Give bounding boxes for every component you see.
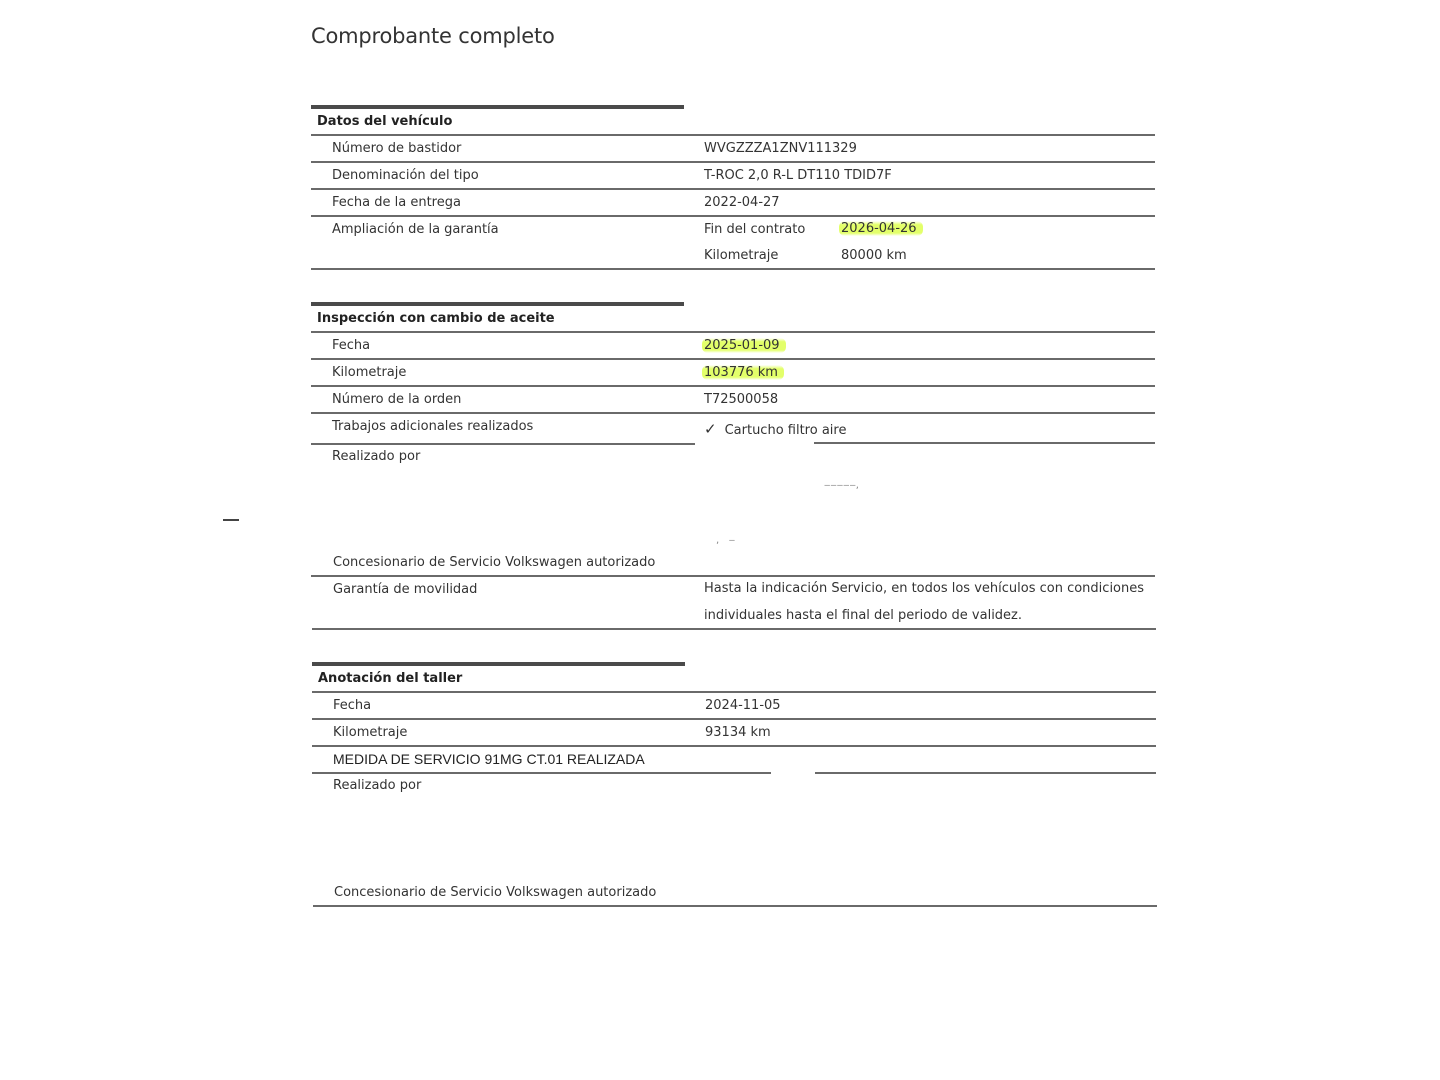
delivery-date-label: Fecha de la entrega — [332, 195, 461, 210]
workshop-mileage-value: 93134 km — [705, 725, 771, 740]
row-divider — [312, 745, 1156, 747]
row-divider — [312, 628, 1156, 630]
row-divider — [814, 442, 1155, 444]
row-divider — [311, 134, 1155, 136]
mobility-guarantee-label: Garantía de movilidad — [333, 582, 477, 597]
additional-work-item: ✓Cartucho filtro aire — [704, 420, 846, 438]
page-title: Comprobante completo — [311, 24, 555, 48]
row-divider — [312, 691, 1156, 693]
performed-by-label: Realizado por — [332, 449, 420, 464]
scan-artifact: ‒‒‒‒‒, — [824, 480, 859, 491]
vin-label: Número de bastidor — [332, 141, 461, 156]
type-label: Denominación del tipo — [332, 168, 479, 183]
row-divider — [311, 443, 695, 445]
order-number-value: T72500058 — [704, 392, 778, 407]
additional-work-label: Trabajos adicionales realizados — [332, 419, 533, 434]
row-divider — [312, 772, 771, 774]
dealer-label: Concesionario de Servicio Volkswagen aut… — [333, 555, 655, 570]
inspection-mileage-value: 103776 km — [704, 365, 784, 380]
warranty-mileage-value: 80000 km — [841, 248, 907, 263]
section-heading: Datos del vehículo — [317, 114, 452, 129]
delivery-date-value: 2022-04-27 — [704, 195, 780, 210]
row-divider — [313, 905, 1157, 907]
vin-value: WVGZZZA1ZNV111329 — [704, 141, 857, 156]
row-divider — [311, 215, 1155, 217]
workshop-performed-by-label: Realizado por — [333, 778, 421, 793]
checkmark-icon: ✓ — [704, 420, 717, 438]
order-number-label: Número de la orden — [332, 392, 461, 407]
scan-artifact: , ‒ — [716, 535, 735, 546]
workshop-mileage-label: Kilometraje — [333, 725, 407, 740]
mobility-guarantee-value-line2: individuales hasta el final del periodo … — [704, 608, 1022, 623]
mobility-guarantee-value-line1: Hasta la indicación Servicio, en todos l… — [704, 581, 1144, 596]
section-rule — [311, 105, 684, 109]
inspection-date-label: Fecha — [332, 338, 370, 353]
section-rule — [311, 302, 684, 306]
row-divider — [311, 575, 1155, 577]
inspection-date-value: 2025-01-09 — [704, 338, 786, 353]
workshop-date-value: 2024-11-05 — [705, 698, 781, 713]
row-divider — [311, 161, 1155, 163]
row-divider — [311, 358, 1155, 360]
warranty-extension-label: Ampliación de la garantía — [332, 222, 499, 237]
row-divider — [311, 268, 1155, 270]
row-divider — [311, 412, 1155, 414]
row-divider — [815, 772, 1156, 774]
row-divider — [311, 385, 1155, 387]
type-value: T-ROC 2,0 R-L DT110 TDID7F — [704, 168, 892, 183]
section-heading: Inspección con cambio de aceite — [317, 311, 555, 326]
inspection-mileage-label: Kilometraje — [332, 365, 406, 380]
section-heading: Anotación del taller — [318, 671, 462, 686]
contract-end-label: Fin del contrato — [704, 222, 805, 237]
margin-mark — [223, 519, 239, 521]
workshop-date-label: Fecha — [333, 698, 371, 713]
warranty-mileage-label: Kilometraje — [704, 248, 778, 263]
service-measure-note: MEDIDA DE SERVICIO 91MG CT.01 REALIZADA — [333, 751, 645, 767]
contract-end-value: 2026-04-26 — [841, 221, 923, 236]
row-divider — [311, 188, 1155, 190]
section-rule — [312, 662, 685, 666]
row-divider — [311, 331, 1155, 333]
workshop-dealer-label: Concesionario de Servicio Volkswagen aut… — [334, 885, 656, 900]
row-divider — [312, 718, 1156, 720]
